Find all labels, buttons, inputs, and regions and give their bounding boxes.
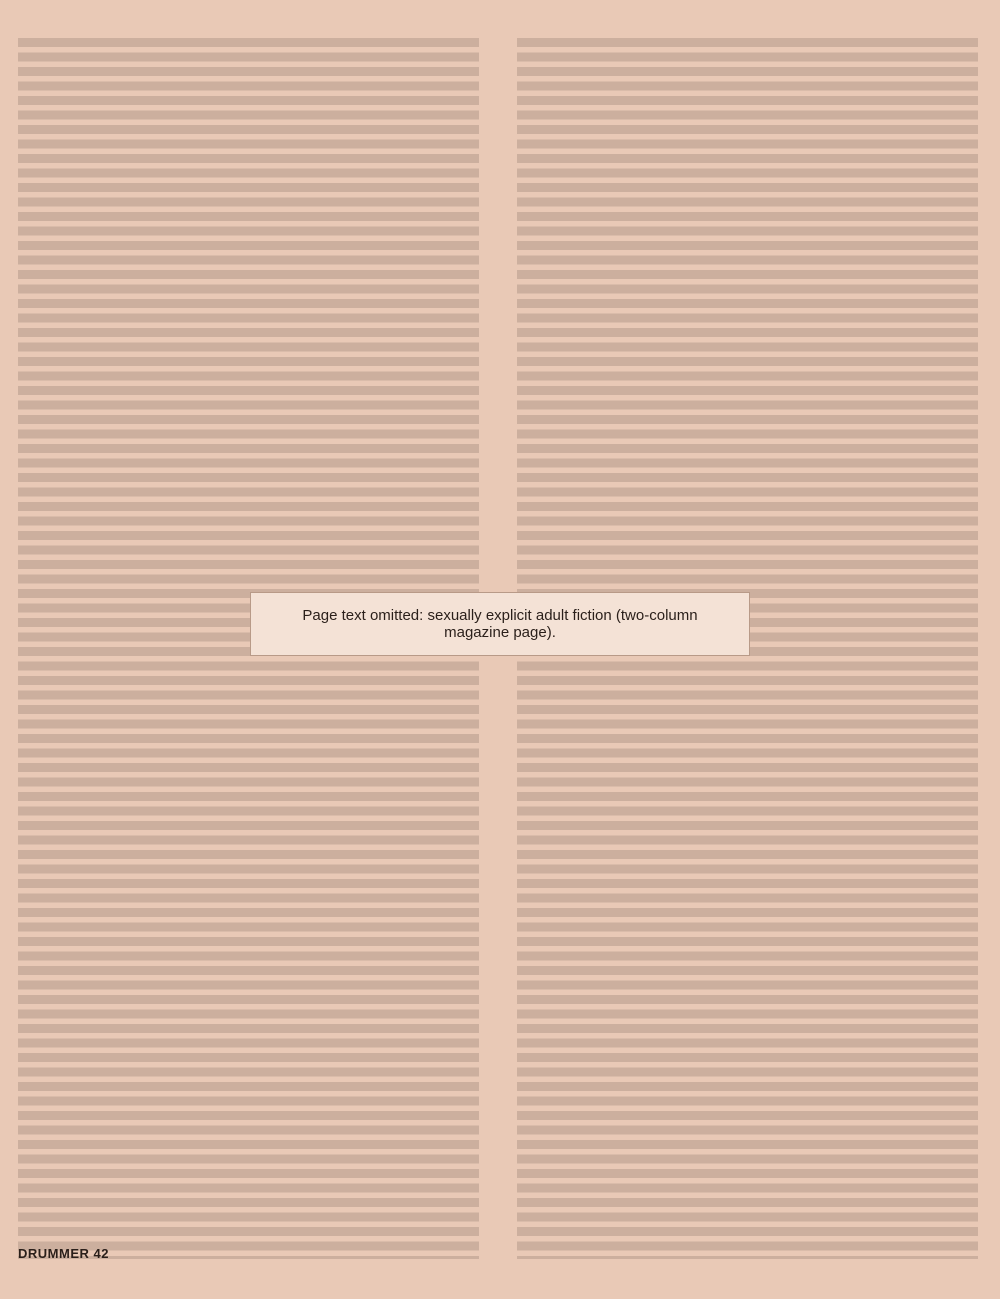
content-omitted-notice: Page text omitted: sexually explicit adu… [250,592,750,656]
page-footer: DRUMMER 42 [18,1246,109,1261]
publication-name: DRUMMER [18,1246,89,1261]
page-number: 42 [94,1246,109,1261]
